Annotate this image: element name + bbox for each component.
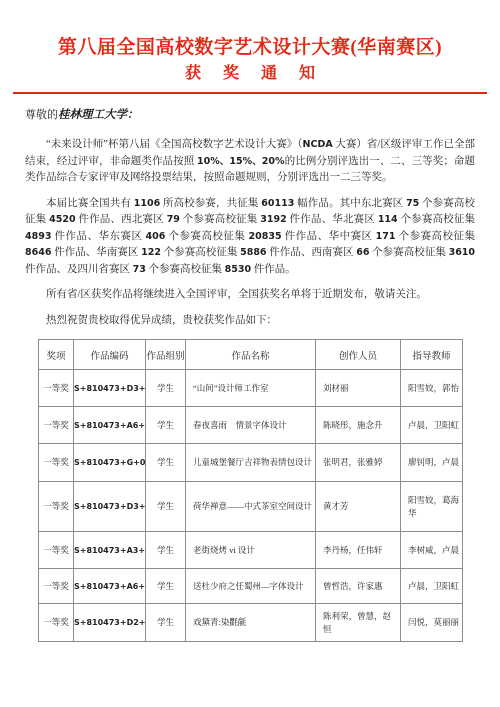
text-run: 所有省/区获奖作品将继续进入全国评审，全国获奖名单将于近期发布，敬请关注。 [46, 289, 427, 300]
bold-figure: NCDA [303, 139, 333, 150]
bold-figure: 122 [141, 247, 161, 258]
paragraph: 所有省/区获奖作品将继续进入全国评审，全国获奖名单将于近期发布，敬请关注。 [25, 287, 475, 304]
table-cell: “山间”设计师工作室 [186, 370, 316, 407]
table-cell: 卢晨，卫阳虹 [401, 569, 463, 604]
bold-figure: 4520 [49, 214, 75, 225]
table-cell: 戏黛青:染氍毹 [186, 604, 316, 642]
table-cell: 卢晨，卫阳虹 [401, 407, 463, 444]
text-run: 件作品、华东赛区 [51, 231, 145, 242]
bold-figure: 79 [167, 214, 180, 225]
table-cell: 李丹杨，任伟轩 [316, 532, 401, 569]
text-run: “未来设计师”杯第八届《全国高校数字艺术设计大赛》（ [46, 139, 303, 150]
document-title: 第八届全国高校数字艺术设计大赛(华南赛区) [25, 36, 475, 60]
table-cell: 学生 [146, 444, 186, 482]
table-cell: 李树威，卢晨 [401, 532, 463, 569]
text-run: 件作品、华北赛区 [287, 214, 378, 225]
table-cell: S+810473+D2+009 [74, 604, 146, 642]
table-cell: 阳雪姣，郭怡 [401, 370, 463, 407]
bold-figure: 114 [378, 214, 398, 225]
text-run: 所高校参赛，共征集 [160, 198, 261, 209]
table-cell: 廖钊明，卢晨 [401, 444, 463, 482]
table-cell: 老街烧烤 vi 设计 [186, 532, 316, 569]
bold-figure: 73 [133, 264, 146, 275]
table-cell: 一等奖 [39, 604, 74, 642]
table-header-row: 奖项作品编码作品组别作品名称创作人员指导教师 [39, 340, 463, 370]
table-row: 一等奖S+810473+D3+023学生“山间”设计师工作室刘材丽阳雪姣，郭怡 [39, 370, 463, 407]
bold-figure: 3192 [260, 214, 286, 225]
paragraph: “未来设计师”杯第八届《全国高校数字艺术设计大赛》（NCDA 大赛）省/区级评审… [25, 137, 475, 187]
table-cell: S+810473+D3+039 [74, 482, 146, 532]
table-cell: 刘材丽 [316, 370, 401, 407]
table-cell: 学生 [146, 370, 186, 407]
table-cell: 陈晓彤，施念升 [316, 407, 401, 444]
table-cell: 荷华禅意——中式茶室空间设计 [186, 482, 316, 532]
table-cell: 学生 [146, 407, 186, 444]
column-header: 作品名称 [186, 340, 316, 370]
text-run: 个参赛高校征集 [396, 231, 476, 242]
table-cell: 一等奖 [39, 569, 74, 604]
bold-figure: 5886 [240, 247, 266, 258]
document-body: 第八届全国高校数字艺术设计大赛(华南赛区) 获 奖 通 知 尊敬的桂林理工大学：… [0, 36, 500, 642]
bold-figure: 75 [406, 198, 419, 209]
column-header: 指导教师 [401, 340, 463, 370]
document-subtitle: 获 奖 通 知 [25, 63, 475, 85]
table-cell: 儿童城堡餐厅吉祥物表情包设计 [186, 444, 316, 482]
table-cell: 一等奖 [39, 482, 74, 532]
table-cell: 一等奖 [39, 407, 74, 444]
column-header: 作品编码 [74, 340, 146, 370]
column-header: 作品组别 [146, 340, 186, 370]
bold-figure: 8646 [25, 247, 51, 258]
table-row: 一等奖S+810473+G+003学生儿童城堡餐厅吉祥物表情包设计张明君，张雅婷… [39, 444, 463, 482]
body-paragraphs: “未来设计师”杯第八届《全国高校数字艺术设计大赛》（NCDA 大赛）省/区级评审… [25, 137, 475, 329]
table-cell: S+810473+A6+003 [74, 407, 146, 444]
table-row: 一等奖S+810473+A6+006学生送杜少府之任蜀州—字体设计曾哲浩，许家惠… [39, 569, 463, 604]
text-run: 个参赛高校征集 [180, 214, 260, 225]
text-run: 本届比赛全国共有 [46, 198, 134, 209]
bold-figure: 4893 [25, 231, 51, 242]
greeting-line: 尊敬的桂林理工大学： [25, 107, 475, 123]
text-run: 件作品、华中赛区 [282, 231, 376, 242]
bold-figure: 406 [146, 231, 166, 242]
text-run: 件作品、西南赛区 [267, 247, 357, 258]
paragraph: 热烈祝贺贵校取得优异成绩，贵校获奖作品如下： [25, 313, 475, 330]
table-cell: 闫悦，莫丽丽 [401, 604, 463, 642]
table-cell: 曾哲浩，许家惠 [316, 569, 401, 604]
text-run: 个参赛高校征集 [146, 264, 225, 275]
table-cell: 学生 [146, 482, 186, 532]
bold-figure: 171 [376, 231, 396, 242]
table-cell: 春夜喜雨 情景字体设计 [186, 407, 316, 444]
column-header: 奖项 [39, 340, 74, 370]
text-run: 个参赛高校征集 [398, 214, 475, 225]
table-cell: 一等奖 [39, 370, 74, 407]
table-cell: 学生 [146, 604, 186, 642]
text-run: 件作品、西北赛区 [76, 214, 167, 225]
table-row: 一等奖S+810473+A3+001学生老街烧烤 vi 设计李丹杨，任伟轩李树威… [39, 532, 463, 569]
paragraph: 本届比赛全国共有 1106 所高校参赛，共征集 60113 幅作品。其中东北赛区… [25, 196, 475, 279]
text-run: 件作品、及四川省赛区 [25, 264, 133, 275]
text-run: 件作品。 [251, 264, 296, 275]
table-cell: 一等奖 [39, 444, 74, 482]
table-body: 一等奖S+810473+D3+023学生“山间”设计师工作室刘材丽阳雪姣，郭怡一… [39, 370, 463, 642]
awards-table: 奖项作品编码作品组别作品名称创作人员指导教师 一等奖S+810473+D3+02… [38, 339, 463, 642]
document-page: 第八届全国高校数字艺术设计大赛(华南赛区) 获 奖 通 知 尊敬的桂林理工大学：… [0, 0, 500, 707]
text-run: 件作品、华南赛区 [51, 247, 141, 258]
table-cell: 张明君，张雅婷 [316, 444, 401, 482]
bold-figure: 8530 [225, 264, 251, 275]
bold-figure: 1106 [134, 198, 160, 209]
university-name: 桂林理工大学： [58, 109, 139, 121]
greeting-prefix: 尊敬的 [25, 109, 58, 121]
table-cell: 陈利荣，曾慧，赵恒 [316, 604, 401, 642]
text-run: 个参赛高校征集 [165, 231, 248, 242]
bold-figure: 3610 [449, 247, 475, 258]
table-cell: 一等奖 [39, 532, 74, 569]
table-cell: 学生 [146, 532, 186, 569]
table-row: 一等奖S+810473+A6+003学生春夜喜雨 情景字体设计陈晓彤，施念升卢晨… [39, 407, 463, 444]
text-run: 热烈祝贺贵校取得优异成绩，贵校获奖作品如下： [46, 315, 277, 326]
text-run: 幅作品。其中东北赛区 [294, 198, 406, 209]
table-cell: S+810473+A6+006 [74, 569, 146, 604]
bold-figure: 66 [356, 247, 369, 258]
text-run: 个参赛高校征集 [369, 247, 448, 258]
table-cell: S+810473+A3+001 [74, 532, 146, 569]
table-cell: 学生 [146, 569, 186, 604]
table-cell: 黄才芳 [316, 482, 401, 532]
table-row: 一等奖S+810473+D2+009学生戏黛青:染氍毹陈利荣，曾慧，赵恒闫悦，莫… [39, 604, 463, 642]
text-run: 个参赛高校征集 [161, 247, 240, 258]
table-cell: 送杜少府之任蜀州—字体设计 [186, 569, 316, 604]
table-cell: S+810473+D3+023 [74, 370, 146, 407]
column-header: 创作人员 [316, 340, 401, 370]
bold-figure: 60113 [261, 198, 294, 209]
bold-figure: 20835 [249, 231, 282, 242]
table-cell: S+810473+G+003 [74, 444, 146, 482]
title-divider-rule [13, 92, 487, 94]
table-cell: 阳雪姣，葛海华 [401, 482, 463, 532]
bold-figure: 10%、15%、20% [197, 156, 285, 167]
table-row: 一等奖S+810473+D3+039学生荷华禅意——中式茶室空间设计黄才芳阳雪姣… [39, 482, 463, 532]
